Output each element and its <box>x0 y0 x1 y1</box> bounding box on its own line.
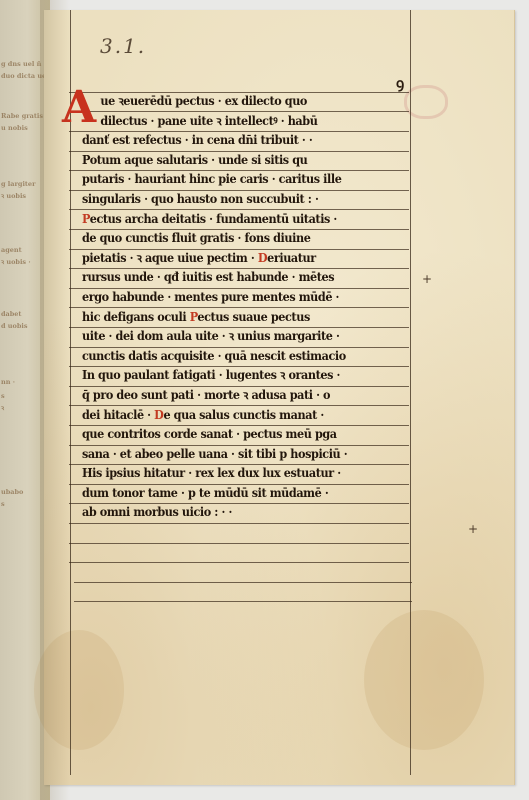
text-line: pietatis · ꝛ aque uiue pectim · Deriuatu… <box>82 249 389 269</box>
facing-page-fragment: s <box>1 392 5 400</box>
rubricated-initial: D <box>154 408 163 422</box>
blank-ruling-line <box>74 601 412 602</box>
facing-page-fragment: u nobis <box>1 124 28 132</box>
margin-cross-mark: + <box>468 522 478 536</box>
text-line: ab omni morbus uicio : · · <box>82 503 389 523</box>
facing-page-fragment: duo dicta uel b <box>1 72 50 80</box>
facing-page-fragment: s <box>1 500 5 508</box>
facing-page-fragment: ꝛ uobis <box>1 192 26 200</box>
ruling-line <box>69 523 409 524</box>
text-line: putaris · hauriant hinc pie caris · cari… <box>82 170 389 190</box>
rubricated-initial: D <box>258 251 267 265</box>
text-line: de quo cunctis fluit gratis · fons diuin… <box>82 229 389 249</box>
facing-page-fragment: g dns uel ñ <box>1 60 41 68</box>
blank-ruling-line <box>74 582 412 583</box>
catchmark: ꝯ <box>396 74 404 93</box>
text-line: dum tonor tame · p te mūdū sit mūdamē · <box>82 484 389 504</box>
text-line: ue ꝛeuerēdū pectus · ex dilecto quo <box>82 92 389 112</box>
text-line: sana · et abeo pelle uana · sit tibi p h… <box>82 445 389 465</box>
facing-page-fragment: ꝛ uobis · <box>1 258 31 266</box>
folio-number: 3.1. <box>100 34 146 58</box>
text-line: His ipsius hitatur · rex lex dux lux est… <box>82 464 389 484</box>
text-line: hic defigans oculi Pectus suaue pectus <box>82 308 389 328</box>
water-stain <box>364 610 484 750</box>
text-line: danť est refectus · in cena dn̄i tribuit… <box>82 131 389 151</box>
facing-page-fragment: ubabo <box>1 488 23 496</box>
text-line: Pectus archa deitatis · fundamentū uitat… <box>82 210 389 230</box>
facing-page-fragment: d uobis <box>1 322 28 330</box>
text-line: In quo paulant fatigati · lugentes ꝛ ora… <box>82 366 389 386</box>
facing-page-fragment: ꝛ <box>1 404 4 412</box>
facing-page-fragment: Rabe gratis <box>1 112 43 120</box>
facing-page-fragment: g largiter <box>1 180 36 188</box>
text-line: rursus unde · qđ iuitis est habunde · mē… <box>82 268 389 288</box>
text-line: cunctis datis acquisite · quā nescit est… <box>82 347 389 367</box>
facing-page-fragment: nn · <box>1 378 15 386</box>
water-stain <box>34 630 124 750</box>
text-block: A ue ꝛeuerēdū pectus · ex dilecto quo di… <box>82 92 416 523</box>
text-line: ergo habunde · mentes pure mentes mūdē · <box>82 288 389 308</box>
ruling-line <box>69 543 409 544</box>
text-line: Potum aque salutaris · unde si sitis qu <box>82 151 389 171</box>
text-line: dilectus · pane uite ꝛ intellectꝰ · habū <box>82 112 389 132</box>
margin-cross-mark: + <box>422 272 432 286</box>
text-line: q̄ pro deo sunt pati · morte ꝛ adusa pat… <box>82 386 389 406</box>
facing-page-fragment: dabet <box>1 310 21 318</box>
text-line: singularis · quo hausto non succubuit : … <box>82 190 389 210</box>
facing-page-fragment: agent <box>1 246 22 254</box>
text-line: dei hitaclē · De qua salus cunctis manat… <box>82 406 389 426</box>
ruling-line <box>69 562 409 563</box>
manuscript-folio: 3.1. ꝯ + + A ue ꝛeuerēdū pectus · ex dil… <box>44 10 515 785</box>
text-line: que contritos corde sanat · pectus meū p… <box>82 425 389 445</box>
text-line: uite · dei dom aula uite · ꝛ unius marga… <box>82 327 389 347</box>
